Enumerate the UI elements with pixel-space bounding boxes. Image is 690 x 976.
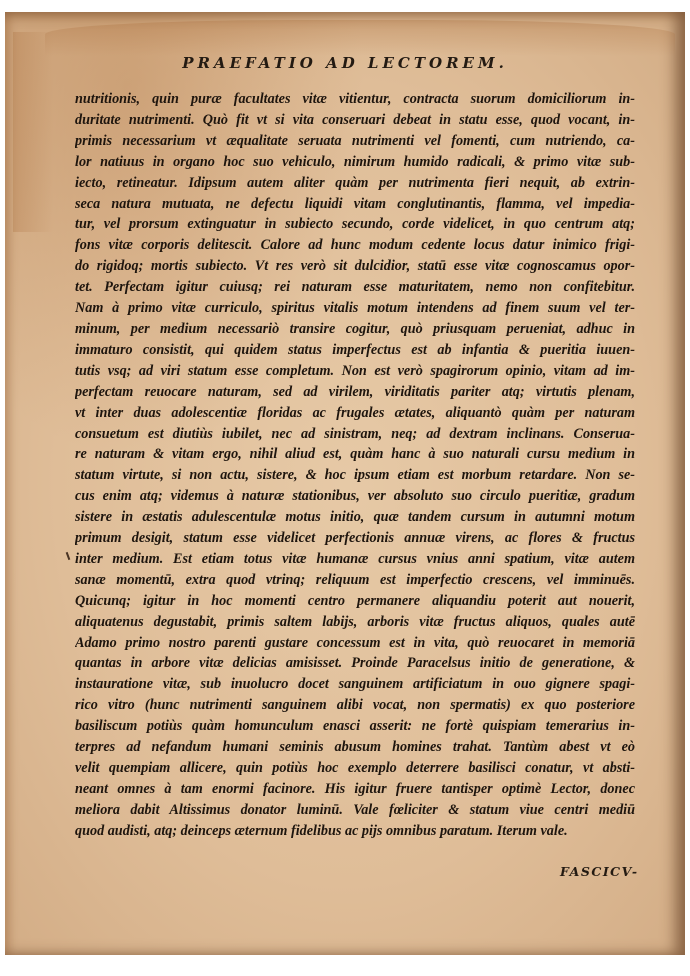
- text-line: duritate nutrimenti. Quò fit vt si vita …: [75, 110, 635, 131]
- text-line: immaturo consistit, qui quidem status im…: [75, 340, 635, 361]
- text-line: sistere in æstatis adulescentulæ motus i…: [75, 507, 635, 528]
- text-line: fons vitæ corporis delitescit. Calore ad…: [75, 235, 635, 256]
- text-line: lor natiuus in organo hoc suo vehiculo, …: [75, 152, 635, 173]
- text-line: tur, vel prorsum extinguatur in subiecto…: [75, 214, 635, 235]
- text-line: Quicunq; igitur in hoc momenti centro pe…: [75, 591, 635, 612]
- text-line: basiliscum potiùs quàm homunculum enasci…: [75, 716, 635, 737]
- text-line: cus enim atq; videmus à naturæ stationib…: [75, 486, 635, 507]
- text-line: quantas in arbore vitæ delicias amisisse…: [75, 653, 635, 674]
- text-line: rico vitro (hunc nutrimenti sanguinem al…: [75, 695, 635, 716]
- text-line: consuetum est diutiùs iubilet, nec ad si…: [75, 424, 635, 445]
- text-line: meliora dabit Altissimus donator luminū.…: [75, 800, 635, 821]
- text-line: vt inter duas adolescentiæ floridas ac f…: [75, 403, 635, 424]
- text-line: do rigidoq; mortis subiecto. Vt res verò…: [75, 256, 635, 277]
- text-line: tutis vsq; ad viri statum esse completum…: [75, 361, 635, 382]
- text-line: Adamo primo nostro parenti gustare conce…: [75, 633, 635, 654]
- text-line: instauratione vitæ, sub inuolucro docet …: [75, 674, 635, 695]
- text-line: primum desigit, statum esse videlicet pe…: [75, 528, 635, 549]
- text-line: neant omnes à tam enormi facinore. His i…: [75, 779, 635, 800]
- text-line: sanæ momentū, extra quod vtrinq; reliquu…: [75, 570, 635, 591]
- text-line: re naturam & vitam ergo, nihil aliud est…: [75, 444, 635, 465]
- text-line: primis necessarium vt æqualitate seruata…: [75, 131, 635, 152]
- text-line: Nam à primo vitæ curriculo, spiritus vit…: [75, 298, 635, 319]
- book-page: PRAEFATIO AD LECTOREM. nutritionis, quin…: [5, 12, 685, 955]
- text-line: velit quempiam allicere, quin potiùs hoc…: [75, 758, 635, 779]
- text-line: quod audisti, atq; deinceps æternum fide…: [75, 821, 635, 842]
- text-line: statum virtute, si non actu, sistere, & …: [75, 465, 635, 486]
- text-line: nutritionis, quin puræ facultates vitæ v…: [75, 89, 635, 110]
- text-line: terpres ad nefandum humani seminis abusu…: [75, 737, 635, 758]
- text-line: seca natura mutuata, ne defectu liquidi …: [75, 194, 635, 215]
- catchword: FASCICV-: [560, 864, 639, 879]
- text-line: inter medium. Est etiam totus vitæ human…: [75, 549, 635, 570]
- water-stain: [45, 20, 675, 56]
- text-line: minum, per medium necessariò transire co…: [75, 319, 635, 340]
- text-line: aliquatenus degustabit, primis saltem la…: [75, 612, 635, 633]
- text-line: tet. Perfectam igitur cuiusq; rei natura…: [75, 277, 635, 298]
- text-line: perfectam reuocare naturam, sed ad viril…: [75, 382, 635, 403]
- page-heading: PRAEFATIO AD LECTOREM.: [5, 54, 685, 72]
- text-line: iecto, retineatur. Idipsum autem aliter …: [75, 173, 635, 194]
- body-text: nutritionis, quin puræ facultates vitæ v…: [75, 89, 635, 842]
- margin-mark: [66, 552, 71, 560]
